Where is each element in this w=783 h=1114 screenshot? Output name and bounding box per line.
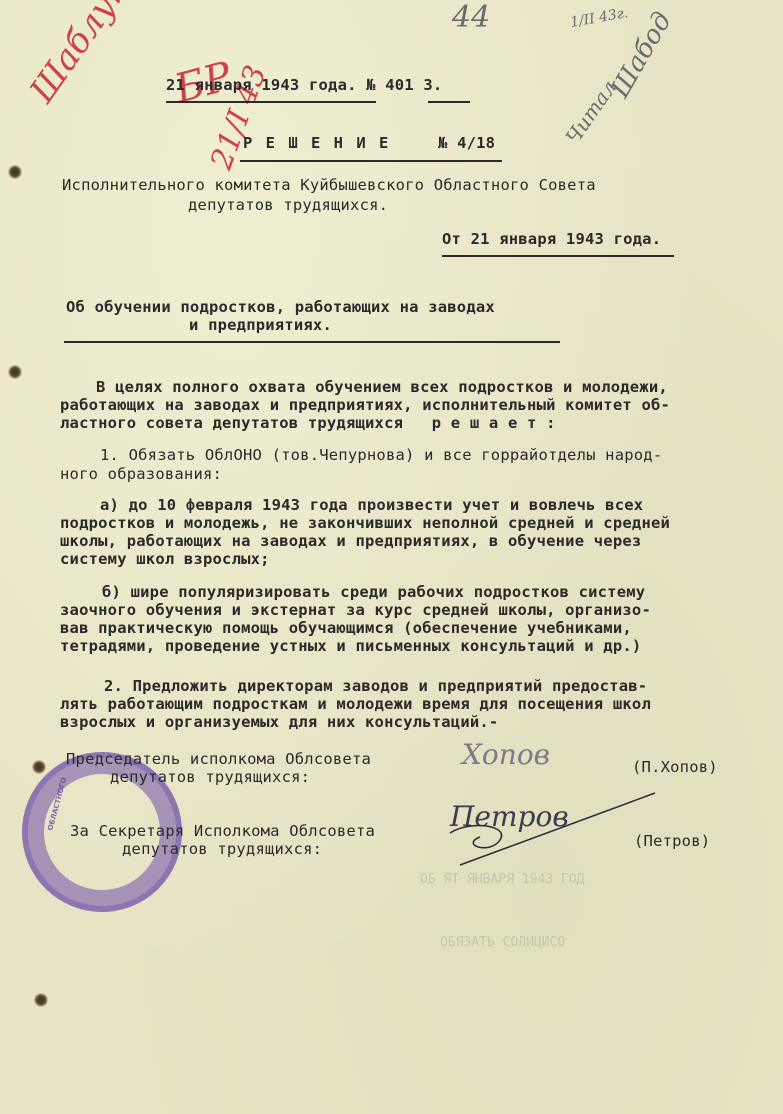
decision-date: От 21 января 1943 года. [442,230,661,248]
punch-hole [8,365,22,379]
item-line: тетрадями, проведение устных и письменны… [60,637,641,655]
chair-title-line-2: депутатов трудящихся: [110,768,310,786]
secretary-title-line-2: депутатов трудящихся: [122,840,322,858]
item-line: систему школ взрослых; [60,550,270,568]
show-through-text: ОБЯЗАТЬ СОЛИЦИСО [440,935,565,950]
item-line: вав практическую помощь обучающимся (обе… [60,619,632,637]
archive-page-number: 44 [452,0,490,35]
underline [166,101,376,103]
date-number-line: 21 января 1943 года. № 401 3. [166,76,442,94]
show-through-text: ОБ ЯТ ЯНВАРЯ 1943 ГОД [420,872,584,887]
preamble-line: ластного совета депутатов трудящихся р е… [60,414,556,432]
secretary-name: (Петров) [634,832,710,850]
corner-date-note: 1/II 43г. [569,5,629,31]
item-line: заочного обучения и экстернат за курс ср… [60,601,651,619]
secretary-signature-stroke [440,785,670,875]
item-line: ного образования: [60,465,222,483]
item-line: взрослых и организуемых для них консульт… [60,713,498,731]
item-line: лять работающим подросткам и молодежи вр… [60,695,651,713]
red-resolution-name: Шаблукин [22,0,161,110]
subject-line-2: и предприятиях. [189,316,332,334]
item-line: 1. Обязать ОблОНО (тов.Чепурнова) и все … [100,446,662,464]
punch-hole [32,760,46,774]
preamble-line: В целях полного охвата обучением всех по… [96,378,668,396]
underline [442,255,674,257]
chair-name: (П.Хопов) [632,758,718,776]
document-number: № 4/18 [438,134,495,152]
item-line: школы, работающих на заводах и предприят… [60,532,641,550]
underline [240,160,502,162]
item-line: подростков и молодежь, не закончивших не… [60,514,670,532]
subject-underline [64,341,560,343]
subject-line-1: Об обучении подростков, работающих на за… [66,298,495,316]
secretary-title-line-1: За Секретаря Исполкома Облсовета [70,822,375,840]
document-page: 44 1/II 43г. Читал Шабод Шаблукин БР 21/… [0,0,783,1114]
chair-signature: Хопов [462,738,550,771]
underline [428,101,470,103]
document-type-title: Р Е Ш Е Н И Е [243,134,390,152]
preamble-line: работающих на заводах и предприятиях, ис… [60,396,670,414]
item-line: 2. Предложить директорам заводов и предп… [104,677,647,695]
item-line: б) шире популяризировать среди рабочих п… [102,583,645,601]
issuer-line-2: депутатов трудящихся. [188,196,388,214]
punch-hole [8,165,22,179]
punch-hole [34,993,48,1007]
issuer-line-1: Исполнительного комитета Куйбышевского О… [62,176,596,194]
chair-title-line-1: Председатель исполкома Облсовета [66,750,371,768]
item-line: а) до 10 февраля 1943 года произвести уч… [100,496,643,514]
